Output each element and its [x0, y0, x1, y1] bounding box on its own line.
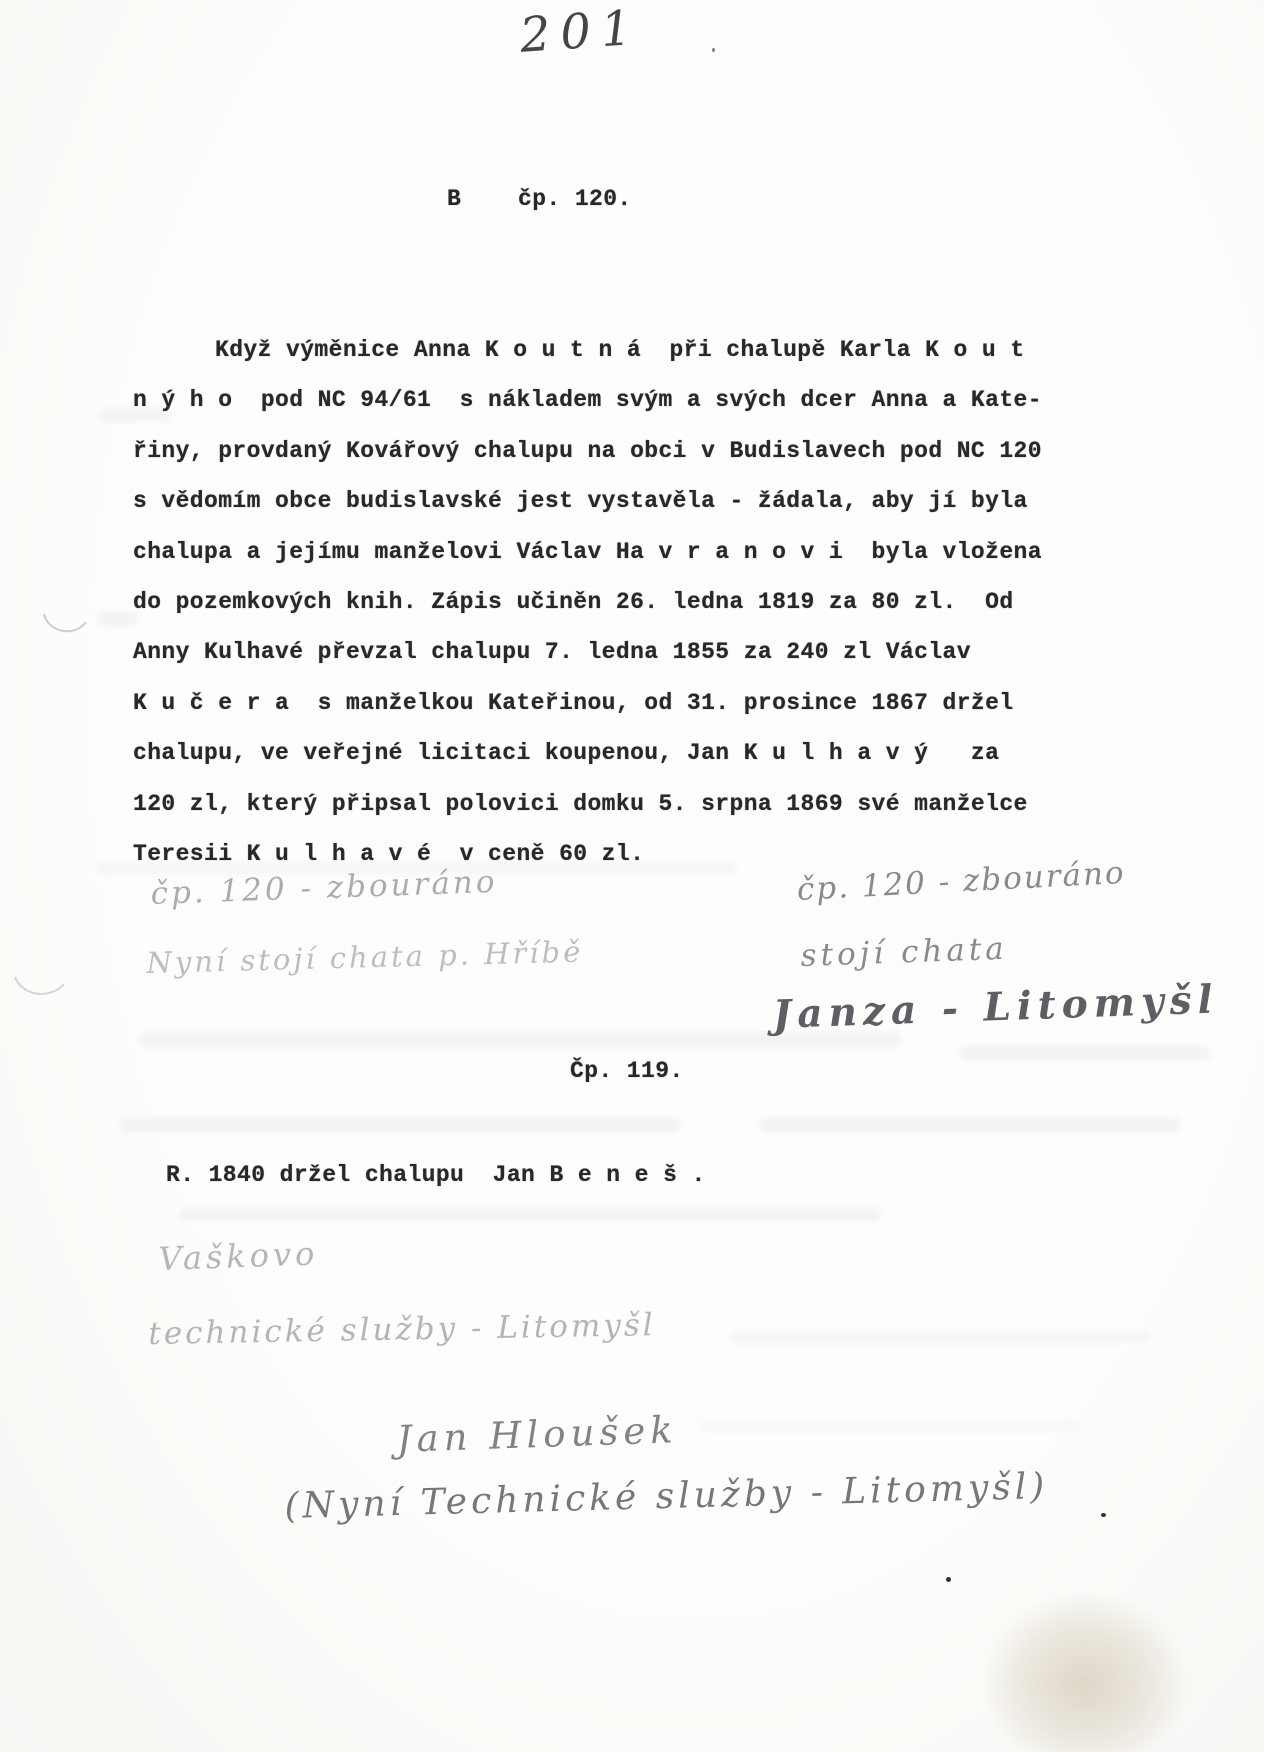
pencil-curve-mark	[12, 972, 67, 1002]
annotation-left-faint-line2: Nyní stojí chata p. Hříbě	[146, 935, 584, 980]
page-number-handwritten: 201	[518, 0, 643, 64]
paragraph-line: 120 zl, který připsal polovici domku 5. …	[133, 779, 1042, 829]
annotation-right-line3: Janza - Litomyšl	[772, 976, 1219, 1038]
paragraph-line: do pozemkových knih. Zápis učiněn 26. le…	[133, 577, 1042, 627]
annotation-bottom-faint-line2: technické služby - Litomyšl	[148, 1307, 656, 1352]
bleedthrough-mark	[120, 1118, 680, 1132]
ink-dot	[946, 1577, 951, 1582]
bleedthrough-mark	[98, 612, 138, 626]
annotation-right-line2: stojí chata	[800, 931, 1008, 974]
bleedthrough-mark	[730, 1330, 1150, 1343]
ink-dot	[1101, 1513, 1106, 1517]
smudge-stain	[985, 1595, 1185, 1752]
paragraph-line: K u č e r a s manželkou Kateřinou, od 31…	[133, 678, 1042, 728]
section-119-line-1840: R. 1840 držel chalupu Jan B e n e š .	[166, 1162, 706, 1188]
paragraph-line: Když výměnice Anna K o u t n á při chalu…	[133, 325, 1042, 375]
bleedthrough-mark	[100, 408, 170, 422]
section-120-paragraph: Když výměnice Anna K o u t n á při chalu…	[133, 325, 1042, 879]
annotation-bottom-dark-line2: (Nyní Technické služby - Litomyšl)	[284, 1466, 1049, 1527]
paragraph-line: s vědomím obce budislavské jest vystavěl…	[133, 476, 1042, 526]
section-119-heading: Čp. 119.	[570, 1058, 684, 1084]
annotation-bottom-faint-line1: Vaškovo	[158, 1234, 319, 1278]
section-120-heading: B čp. 120.	[447, 186, 632, 212]
bleedthrough-mark	[700, 1420, 1080, 1432]
paragraph-line: n ý h o pod NC 94/61 s nákladem svým a s…	[133, 375, 1042, 425]
bleedthrough-mark	[180, 1208, 880, 1221]
scanned-document-page: 201 B čp. 120. Když výměnice Anna K o u …	[0, 0, 1264, 1752]
bleedthrough-mark	[140, 1032, 900, 1047]
pencil-curve-mark	[40, 608, 90, 640]
paragraph-line: chalupu, ve veřejné licitaci koupenou, J…	[133, 728, 1042, 778]
paragraph-line: řiny, provdaný Kovářový chalupu na obci …	[133, 426, 1042, 476]
bleedthrough-mark	[96, 862, 736, 875]
bleedthrough-mark	[760, 1118, 1180, 1132]
paragraph-line: Anny Kulhavé převzal chalupu 7. ledna 18…	[133, 627, 1042, 677]
bleedthrough-mark	[960, 1046, 1210, 1060]
ink-dot	[712, 48, 715, 52]
paragraph-line: chalupa a jejímu manželovi Václav Ha v r…	[133, 527, 1042, 577]
annotation-bottom-dark-line1: Jan Hloušek	[396, 1408, 678, 1461]
